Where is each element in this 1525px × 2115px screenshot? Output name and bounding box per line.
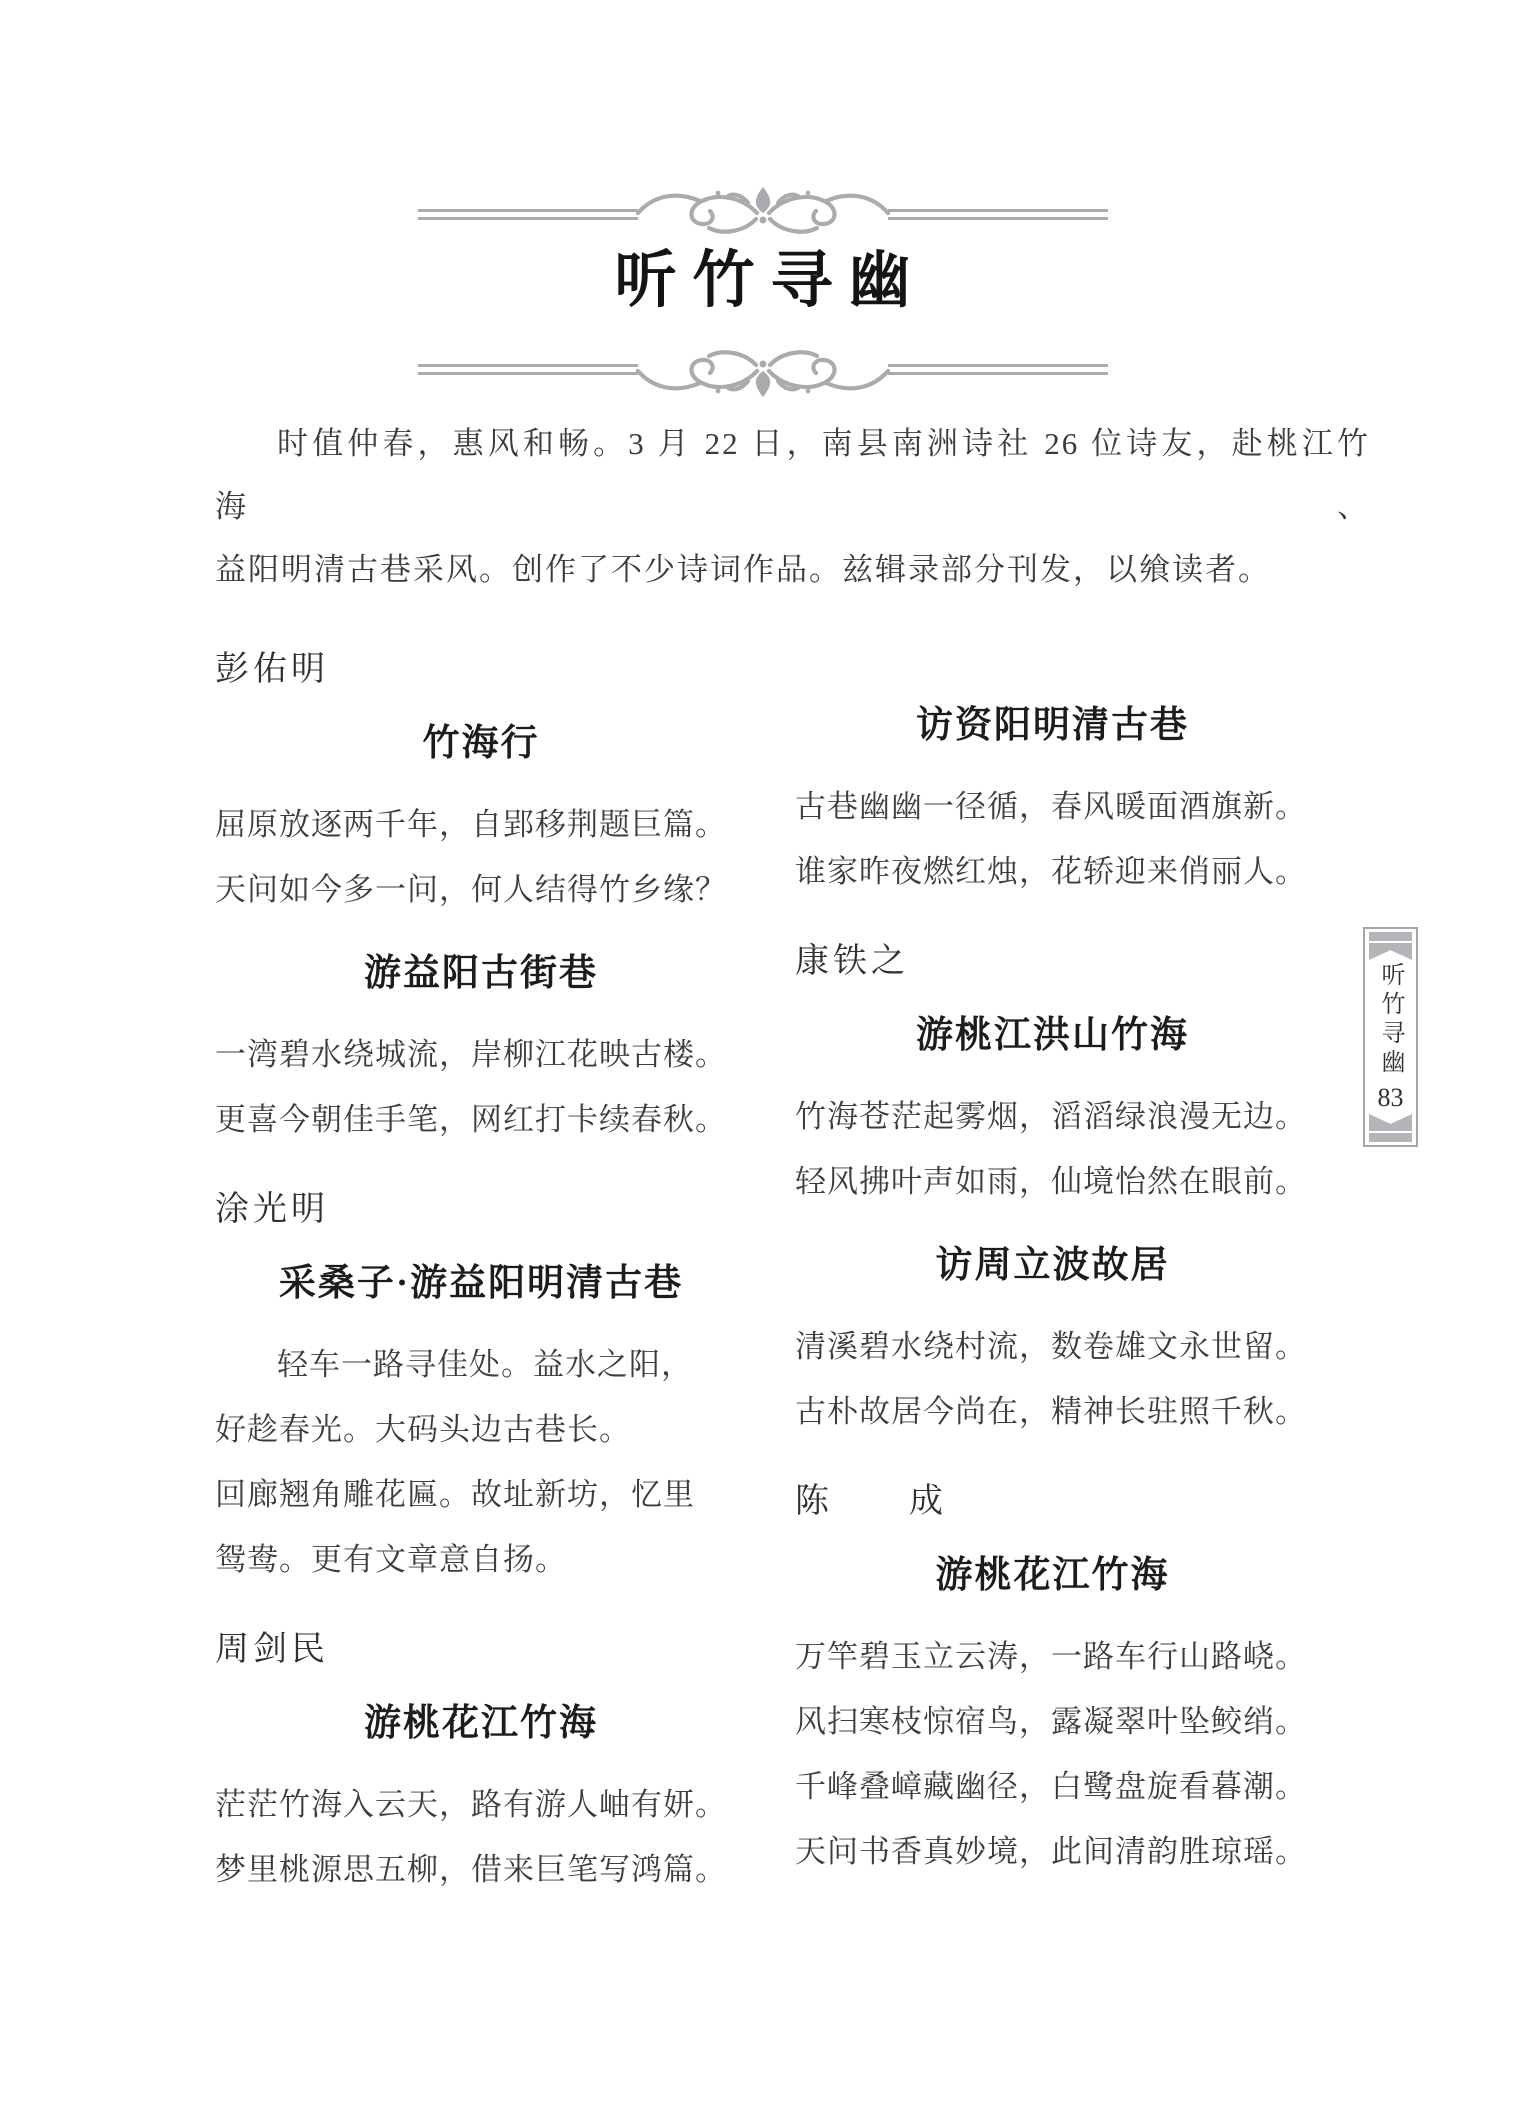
poem-line: 茫茫竹海入云天，路有游人岫有妍。 <box>215 1772 747 1837</box>
poem-title: 游桃花江竹海 <box>215 1698 747 1750</box>
poem-block: 游桃江洪山竹海 竹海苍茫起雾烟，滔滔绿浪漫无边。 轻风拂叶声如雨，仙境怡然在眼前… <box>795 1010 1310 1214</box>
poem-line: 好趁春光。大码头边古巷长。 <box>215 1397 747 1462</box>
poem-line: 鸳鸯。更有文章意自扬。 <box>215 1527 747 1592</box>
poem-line: 万竿碧玉立云涛，一路车行山路峣。 <box>795 1624 1310 1689</box>
author-block: 康铁之 <box>795 940 1310 984</box>
poem-line: 竹海苍茫起雾烟，滔滔绿浪漫无边。 <box>795 1084 1310 1149</box>
page-title: 听竹寻幽 <box>0 245 1525 317</box>
poem-title: 竹海行 <box>215 718 747 770</box>
poem-line: 风扫寒枝惊宿鸟，露凝翠叶坠鲛绡。 <box>795 1689 1310 1754</box>
poem-line: 轻风拂叶声如雨，仙境怡然在眼前。 <box>795 1149 1310 1214</box>
poem-line: 清溪碧水绕村流，数卷雄文永世留。 <box>795 1314 1310 1379</box>
tab-top-bar-icon <box>1369 932 1412 941</box>
poem-line: 古巷幽幽一径循，春风暖面酒旗新。 <box>795 774 1310 839</box>
author-name: 涂光明 <box>215 1191 329 1228</box>
author-name: 彭佑明 <box>215 651 329 688</box>
poem-lines: 万竿碧玉立云涛，一路车行山路峣。 风扫寒枝惊宿鸟，露凝翠叶坠鲛绡。 千峰叠嶂藏幽… <box>795 1624 1310 1884</box>
poem-block: 采桑子·游益阳明清古巷 轻车一路寻佳处。益水之阳， 好趁春光。大码头边古巷长。 … <box>215 1258 747 1592</box>
poem-line: 千峰叠嶂藏幽径，白鹭盘旋看暮潮。 <box>795 1754 1310 1819</box>
magazine-page: 听竹寻幽 <box>0 0 1525 2115</box>
poem-lines: 清溪碧水绕村流，数卷雄文永世留。 古朴故居今尚在，精神长驻照千秋。 <box>795 1314 1310 1444</box>
author-block: 涂光明 <box>215 1188 747 1232</box>
flourish-divider-top-icon <box>418 184 1108 243</box>
poem-block: 访资阳明清古巷 古巷幽幽一径循，春风暖面酒旗新。 谁家昨夜燃红烛，花轿迎来俏丽人… <box>795 700 1310 904</box>
column-right: 访资阳明清古巷 古巷幽幽一径循，春风暖面酒旗新。 谁家昨夜燃红烛，花轿迎来俏丽人… <box>795 648 1310 1884</box>
author-block: 彭佑明 <box>215 648 747 692</box>
poem-line: 轻车一路寻佳处。益水之阳， <box>215 1332 747 1397</box>
intro-line-1: 时值仲春，惠风和畅。3 月 22 日，南县南洲诗社 26 位诗友，赴桃江竹海、 <box>215 412 1370 538</box>
poem-block: 游桃花江竹海 万竿碧玉立云涛，一路车行山路峣。 风扫寒枝惊宿鸟，露凝翠叶坠鲛绡。… <box>795 1550 1310 1884</box>
poem-lines: 屈原放逐两千年，自郢移荆题巨篇。 天问如今多一问，何人结得竹乡缘？ <box>215 792 747 922</box>
tab-bottom-bar-icon <box>1369 1133 1412 1142</box>
side-tab-vertical-title: 听竹寻幽 <box>1373 962 1408 1078</box>
poem-lines: 古巷幽幽一径循，春风暖面酒旗新。 谁家昨夜燃红烛，花轿迎来俏丽人。 <box>795 774 1310 904</box>
intro-paragraph: 时值仲春，惠风和畅。3 月 22 日，南县南洲诗社 26 位诗友，赴桃江竹海、 … <box>215 412 1370 601</box>
author-name: 陈 成 <box>795 1483 947 1520</box>
poem-title: 游桃江洪山竹海 <box>795 1010 1310 1062</box>
intro-line-2: 益阳明清古巷采风。创作了不少诗词作品。兹辑录部分刊发，以飨读者。 <box>215 538 1370 601</box>
poem-title: 访资阳明清古巷 <box>795 700 1310 752</box>
author-block: 周剑民 <box>215 1628 747 1672</box>
poem-block: 游益阳古街巷 一湾碧水绕城流，岸柳江花映古楼。 更喜今朝佳手笔，网红打卡续春秋。 <box>215 948 747 1152</box>
poem-line: 古朴故居今尚在，精神长驻照千秋。 <box>795 1379 1310 1444</box>
tab-ribbon-bottom-icon <box>1369 1114 1412 1131</box>
poem-title: 游益阳古街巷 <box>215 948 747 1000</box>
tab-ribbon-top-icon <box>1369 943 1412 960</box>
poem-line: 天问书香真妙境，此间清韵胜琼瑶。 <box>795 1819 1310 1884</box>
poem-lines: 茫茫竹海入云天，路有游人岫有妍。 梦里桃源思五柳，借来巨笔写鸿篇。 <box>215 1772 747 1902</box>
poem-lines: 一湾碧水绕城流，岸柳江花映古楼。 更喜今朝佳手笔，网红打卡续春秋。 <box>215 1022 747 1152</box>
column-left: 彭佑明 竹海行 屈原放逐两千年，自郢移荆题巨篇。 天问如今多一问，何人结得竹乡缘… <box>215 648 747 1902</box>
author-name: 康铁之 <box>795 943 909 980</box>
poem-title: 游桃花江竹海 <box>795 1550 1310 1602</box>
flourish-divider-bottom-icon <box>418 341 1108 400</box>
author-block: 陈 成 <box>795 1480 1310 1524</box>
poem-line: 回廊翘角雕花匾。故址新坊，忆里 <box>215 1462 747 1527</box>
poem-block: 访周立波故居 清溪碧水绕村流，数卷雄文永世留。 古朴故居今尚在，精神长驻照千秋。 <box>795 1240 1310 1444</box>
poem-line: 天问如今多一问，何人结得竹乡缘？ <box>215 857 747 922</box>
poem-title: 访周立波故居 <box>795 1240 1310 1292</box>
poem-line: 更喜今朝佳手笔，网红打卡续春秋。 <box>215 1087 747 1152</box>
poem-line: 谁家昨夜燃红烛，花轿迎来俏丽人。 <box>795 839 1310 904</box>
poem-lines: 竹海苍茫起雾烟，滔滔绿浪漫无边。 轻风拂叶声如雨，仙境怡然在眼前。 <box>795 1084 1310 1214</box>
poem-block: 游桃花江竹海 茫茫竹海入云天，路有游人岫有妍。 梦里桃源思五柳，借来巨笔写鸿篇。 <box>215 1698 747 1902</box>
side-tab-page-number: 83 <box>1378 1084 1404 1112</box>
side-tab: 听竹寻幽 83 <box>1363 927 1418 1147</box>
poem-line: 梦里桃源思五柳，借来巨笔写鸿篇。 <box>215 1837 747 1902</box>
poem-block: 竹海行 屈原放逐两千年，自郢移荆题巨篇。 天问如今多一问，何人结得竹乡缘？ <box>215 718 747 922</box>
poem-lines: 轻车一路寻佳处。益水之阳， 好趁春光。大码头边古巷长。 回廊翘角雕花匾。故址新坊… <box>215 1332 747 1592</box>
poem-title: 采桑子·游益阳明清古巷 <box>215 1258 747 1310</box>
poem-line: 一湾碧水绕城流，岸柳江花映古楼。 <box>215 1022 747 1087</box>
poem-line: 屈原放逐两千年，自郢移荆题巨篇。 <box>215 792 747 857</box>
tab-text: 听竹寻幽 83 <box>1368 960 1413 1114</box>
author-name: 周剑民 <box>215 1631 329 1668</box>
